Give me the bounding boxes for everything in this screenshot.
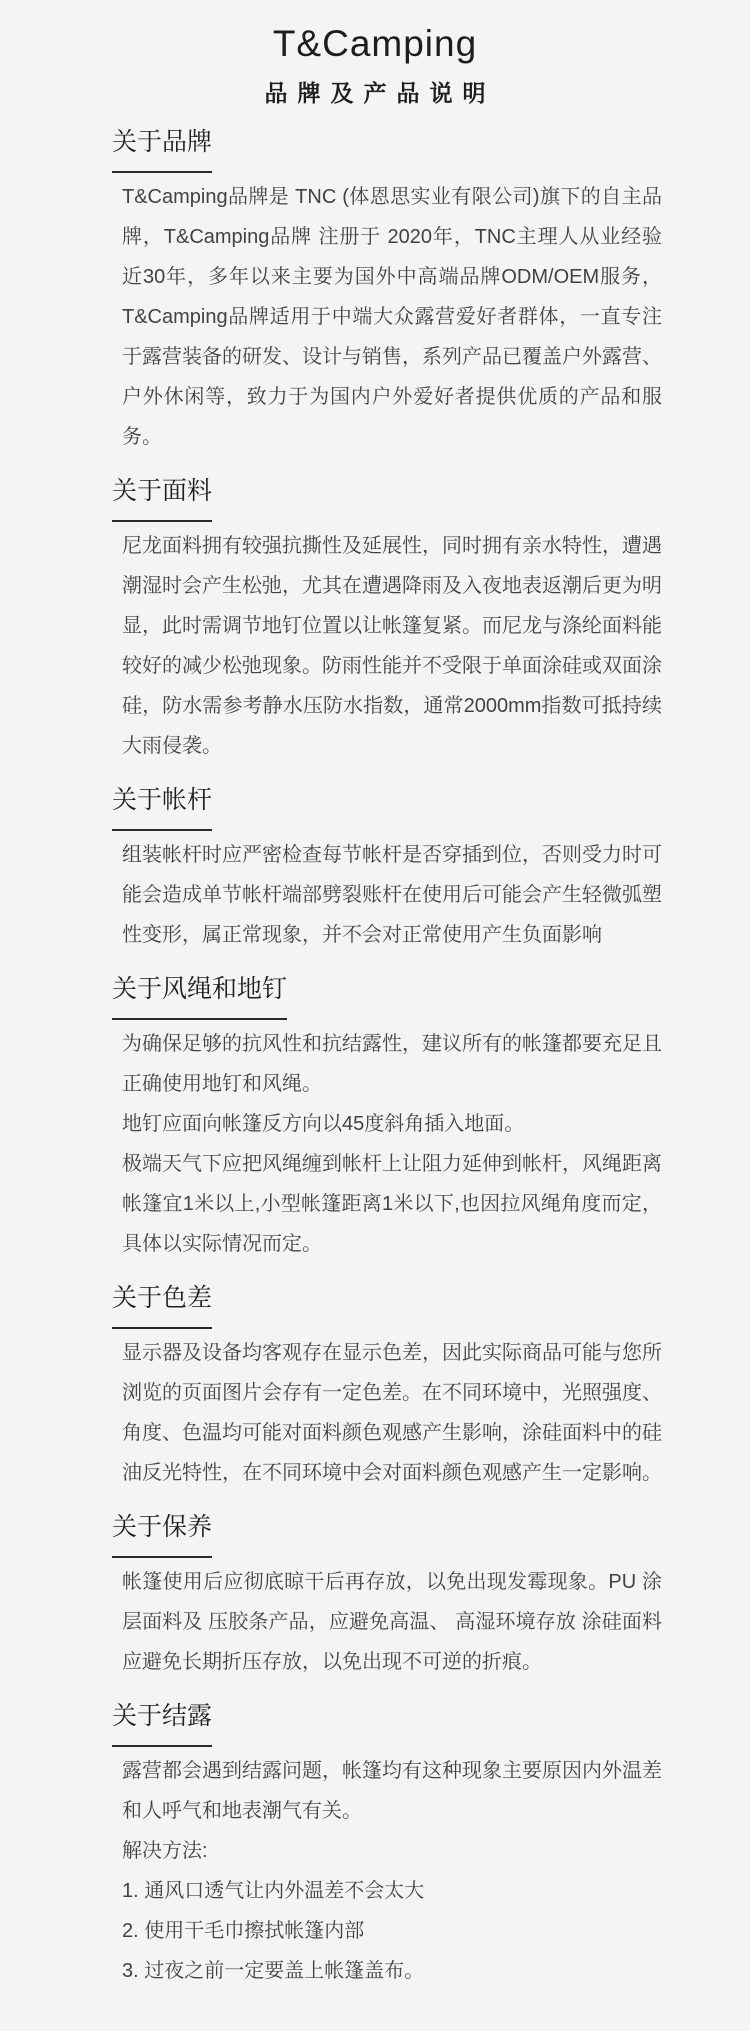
section-heading-about-color-difference: 关于色差 (112, 1282, 212, 1329)
section-body: 显示器及设备均客观存在显示色差，因此实际商品可能与您所浏览的页面图片会存有一定色… (122, 1333, 662, 1493)
section-body: 尼龙面料拥有较强抗撕性及延展性，同时拥有亲水特性，遭遇潮湿时会产生松弛，尤其在遭… (122, 526, 662, 766)
section-about-poles: 关于帐杆 组装帐杆时应严密检查每节帐杆是否穿插到位，否则受力时可能会造成单节帐杆… (112, 784, 662, 955)
paragraph: 帐篷使用后应彻底晾干后再存放，以免出现发霉现象。PU 涂层面料及 压胶条产品，应… (122, 1562, 662, 1682)
section-heading-about-guylines-and-stakes: 关于风绳和地钉 (112, 973, 287, 1020)
section-body: 组装帐杆时应严密检查每节帐杆是否穿插到位，否则受力时可能会造成单节帐杆端部劈裂账… (122, 835, 662, 955)
paragraph: T&Camping品牌是 TNC (体恩思实业有限公司)旗下的自主品牌，T&Ca… (122, 177, 662, 457)
paragraph: 为确保足够的抗风性和抗结露性，建议所有的帐篷都要充足且正确使用地钉和风绳。 (122, 1024, 662, 1104)
brand-title: T&Camping (88, 22, 662, 66)
solutions-label: 解决方法: (122, 1831, 662, 1871)
section-about-maintenance: 关于保养 帐篷使用后应彻底晾干后再存放，以免出现发霉现象。PU 涂层面料及 压胶… (112, 1511, 662, 1682)
section-body: 露营都会遇到结露问题，帐篷均有这种现象主要原因内外温差和人呼气和地表潮气有关。 … (122, 1751, 662, 1991)
solutions-list-item: 1. 通风口透气让内外温差不会太大 (122, 1871, 662, 1911)
section-heading-about-maintenance: 关于保养 (112, 1511, 212, 1558)
section-about-brand: 关于品牌 T&Camping品牌是 TNC (体恩思实业有限公司)旗下的自主品牌… (112, 126, 662, 457)
document-subtitle: 品牌及产品说明 (88, 78, 662, 108)
paragraph: 尼龙面料拥有较强抗撕性及延展性，同时拥有亲水特性，遭遇潮湿时会产生松弛，尤其在遭… (122, 526, 662, 766)
section-body: 为确保足够的抗风性和抗结露性，建议所有的帐篷都要充足且正确使用地钉和风绳。 地钉… (122, 1024, 662, 1264)
solutions-list-item: 2. 使用干毛巾擦拭帐篷内部 (122, 1911, 662, 1951)
product-description-document: T&Camping 品牌及产品说明 关于品牌 T&Camping品牌是 TNC … (0, 0, 750, 2031)
paragraph: 露营都会遇到结露问题，帐篷均有这种现象主要原因内外温差和人呼气和地表潮气有关。 (122, 1751, 662, 1831)
section-heading-about-condensation: 关于结露 (112, 1700, 212, 1747)
section-body: T&Camping品牌是 TNC (体恩思实业有限公司)旗下的自主品牌，T&Ca… (122, 177, 662, 457)
paragraph: 组装帐杆时应严密检查每节帐杆是否穿插到位，否则受力时可能会造成单节帐杆端部劈裂账… (122, 835, 662, 955)
paragraph: 显示器及设备均客观存在显示色差，因此实际商品可能与您所浏览的页面图片会存有一定色… (122, 1333, 662, 1493)
solutions-list: 1. 通风口透气让内外温差不会太大 2. 使用干毛巾擦拭帐篷内部 3. 过夜之前… (122, 1871, 662, 1991)
paragraph: 极端天气下应把风绳缠到帐杆上让阻力延伸到帐杆，风绳距离帐篷宜1米以上,小型帐篷距… (122, 1144, 662, 1264)
solutions-list-item: 3. 过夜之前一定要盖上帐篷盖布。 (122, 1951, 662, 1991)
section-about-color-difference: 关于色差 显示器及设备均客观存在显示色差，因此实际商品可能与您所浏览的页面图片会… (112, 1282, 662, 1493)
section-heading-about-brand: 关于品牌 (112, 126, 212, 173)
section-body: 帐篷使用后应彻底晾干后再存放，以免出现发霉现象。PU 涂层面料及 压胶条产品，应… (122, 1562, 662, 1682)
section-about-guylines-and-stakes: 关于风绳和地钉 为确保足够的抗风性和抗结露性，建议所有的帐篷都要充足且正确使用地… (112, 973, 662, 1264)
section-about-condensation: 关于结露 露营都会遇到结露问题，帐篷均有这种现象主要原因内外温差和人呼气和地表潮… (112, 1700, 662, 1991)
paragraph: 地钉应面向帐篷反方向以45度斜角插入地面。 (122, 1104, 662, 1144)
section-heading-about-poles: 关于帐杆 (112, 784, 212, 831)
section-about-fabric: 关于面料 尼龙面料拥有较强抗撕性及延展性，同时拥有亲水特性，遭遇潮湿时会产生松弛… (112, 475, 662, 766)
section-heading-about-fabric: 关于面料 (112, 475, 212, 522)
